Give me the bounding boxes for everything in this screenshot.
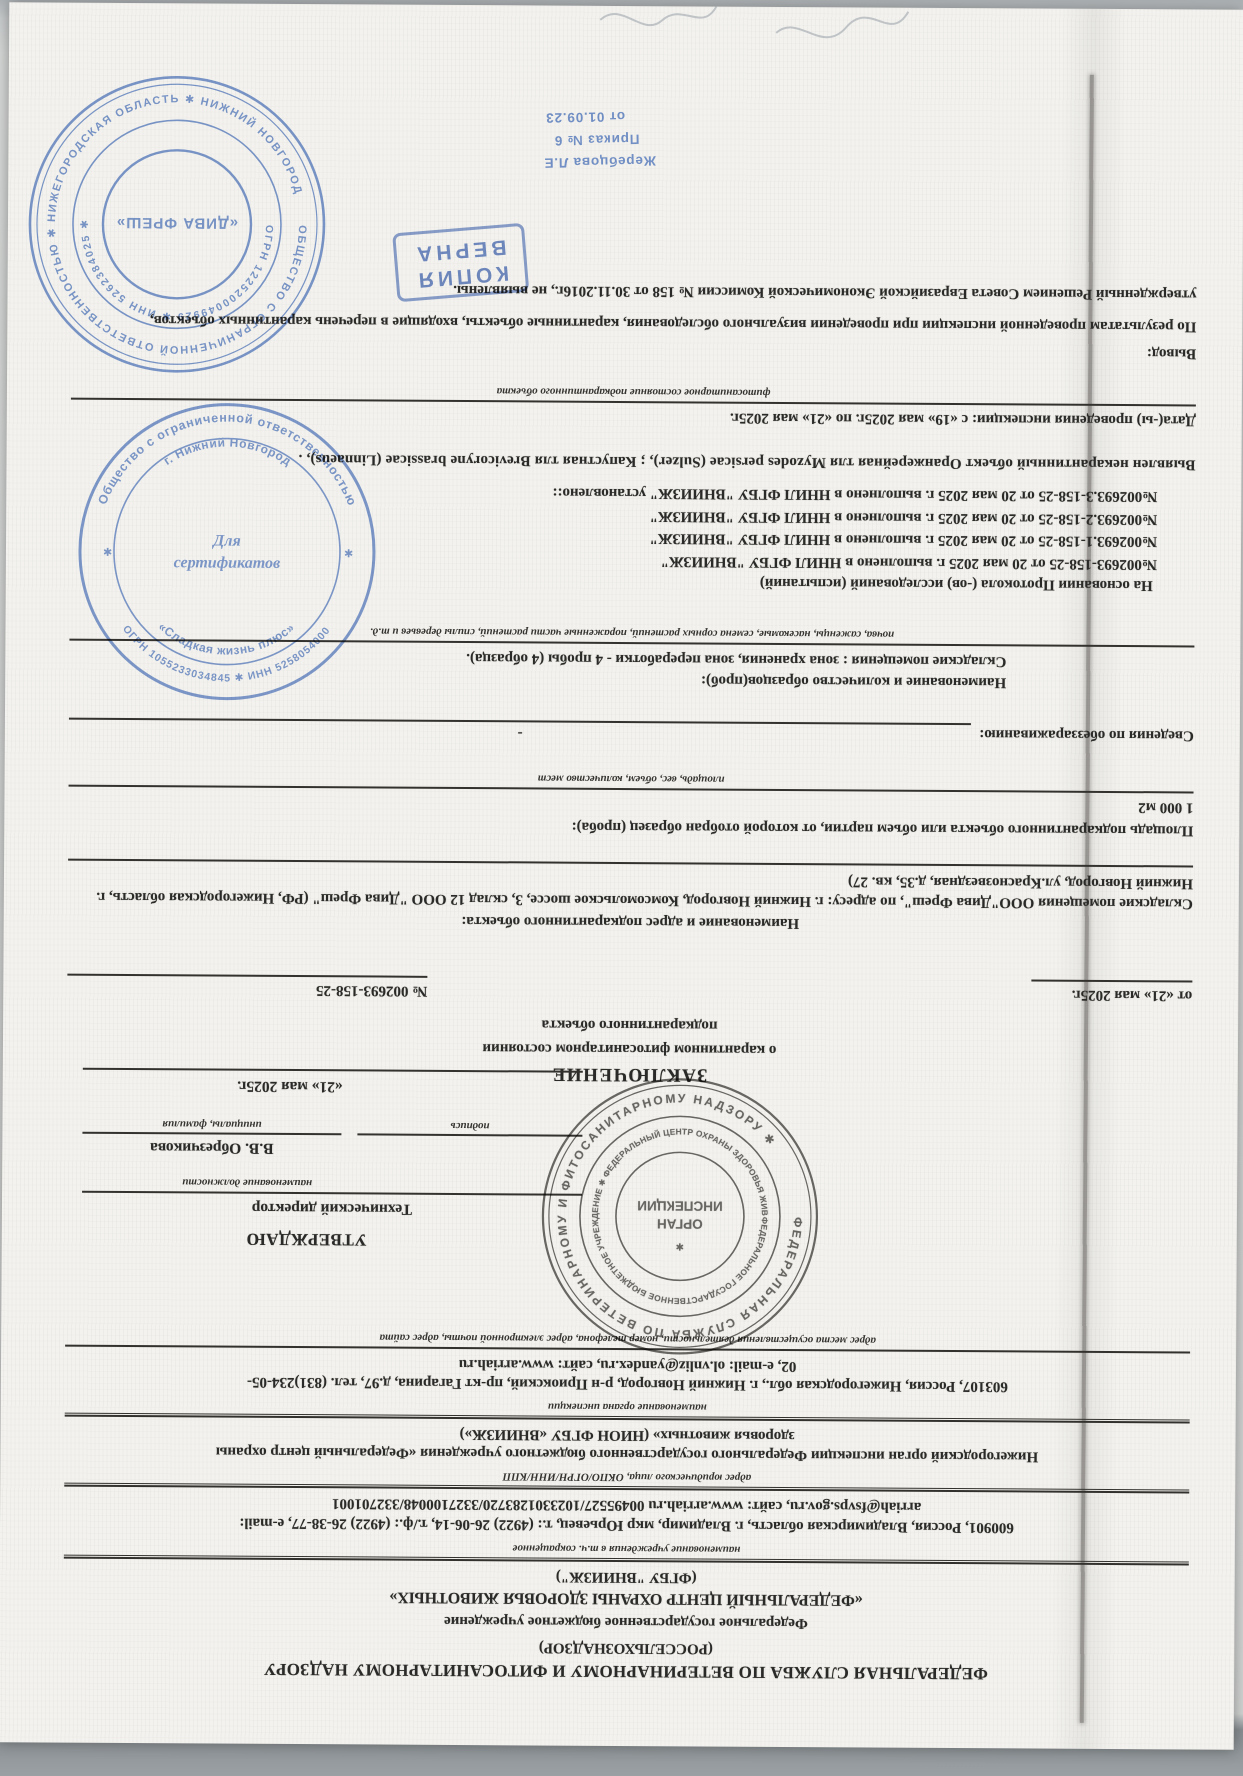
document-paper: ФЕДЕРАЛЬНАЯ СЛУЖБА ПО ВЕТЕРИНАРНОМУ И ФИ… — [0, 2, 1243, 1750]
document-date: от «21» мая 2025г. — [1032, 979, 1193, 1004]
signature-row: В.В. Обрезчикова — [82, 1132, 582, 1160]
stamp-star-icon: ✱ — [676, 1240, 684, 1251]
caption-name: инициалы, фамилия — [82, 1116, 341, 1132]
agency-short-name: (РОССЕЛЬХОЗНАДЗОР) — [63, 1633, 1188, 1660]
svg-text:ФЕДЕРАЛЬНОЕ ГОСУДАРСТВЕННОЕ БЮ: ФЕДЕРАЛЬНОЕ ГОСУДАРСТВЕННОЕ БЮДЖЕТНОЕ УЧ… — [589, 1126, 822, 1358]
object-label: Наименование и адрес подкарантинного объ… — [68, 908, 1193, 935]
inspection-round-stamp: ФЕДЕРАЛЬНАЯ СЛУЖБА ПО ВЕТЕРИНАРНОМУ И ФИ… — [538, 1075, 822, 1359]
scribble-mark — [600, 6, 716, 26]
stamp-center-line2: ИНСПЕКЦИИ — [637, 1198, 723, 1214]
certifier-name: Жеребцова Л.Е — [436, 149, 656, 176]
legal-address: 600901, Россия, Владимирская область, г.… — [176, 1491, 1076, 1536]
stamp-center-line1: Для — [211, 532, 240, 549]
pencil-scribble — [574, 0, 914, 56]
area-value: 1 000 м2 — [68, 784, 1193, 816]
certifier-order: Приказ № 6 — [435, 127, 655, 154]
area-label: Площадь подкарантинного объекта или объе… — [68, 813, 1193, 840]
certifier-stamp: Жеребцова Л.Е Приказ № 6 от 01.09.23 — [435, 105, 656, 176]
institution-type: Федеральное государственное бюджетное уч… — [63, 1608, 1188, 1635]
approver-position: Технический директор — [82, 1191, 582, 1220]
scribble-mark — [776, 11, 908, 38]
stamp-center-line1: ОРГАН — [657, 1216, 703, 1231]
stamp-center-text: «ДИВА ФРЕШ» — [116, 214, 238, 232]
approver-name: В.В. Обрезчикова — [82, 1132, 341, 1158]
approve-word: УТВЕРЖДАЮ — [82, 1226, 582, 1251]
stamp-mid-text: ОГРН 1225200049929 ✱ ИНН 5262384025 ✱ — [78, 218, 275, 323]
disinfection-label: Сведения по обеззараживанию: — [979, 724, 1194, 745]
svg-text:г. Нижний Новгород: г. Нижний Новгород — [161, 435, 294, 469]
document-number: № 002693-158-25 — [67, 973, 427, 999]
stamp-star-icon: ✱ — [344, 548, 353, 560]
stamp-inner-text: ФЕДЕРАЛЬНОЕ ГОСУДАРСТВЕННОЕ БЮДЖЕТНОЕ УЧ… — [589, 1126, 822, 1358]
document-subtitle-1: о карантинном фитосанитарном состоянии — [67, 1035, 1192, 1062]
svg-text:Общество с ограниченной ответс: Общество с ограниченной ответственностью — [95, 410, 360, 508]
date-number-row: от «21» мая 2025г. № 002693-158-25 — [67, 973, 1192, 1004]
approval-block: УТВЕРЖДАЮ Технический директор наименова… — [82, 1068, 583, 1252]
scanned-page: ФЕДЕРАЛЬНАЯ СЛУЖБА ПО ВЕТЕРИНАРНОМУ И ФИ… — [0, 0, 1243, 1776]
document-subtitle-2: подкарантинного объекта — [67, 1011, 1192, 1038]
svg-text:ОГРН 1225200049929 ✱ ИНН 526: ОГРН 1225200049929 ✱ ИНН 5262384025 ✱ — [78, 218, 275, 323]
copy-verna-stamp: КОПИЯ ВЕРНА — [392, 223, 529, 302]
stamp-top-text: Общество с ограниченной ответственностью — [95, 410, 360, 508]
certificates-round-stamp: Общество с ограниченной ответственностью… — [75, 400, 379, 704]
object-value: Складские помещения ООО"Дива Фреш", по а… — [68, 859, 1193, 912]
stamp-ring — [113, 438, 340, 665]
caption-position: наименование должности — [82, 1174, 582, 1192]
diva-fresh-round-stamp: ОБЩЕСТВО С ОГРАНИЧЕННОЙ ОТВЕТСТВЕННОСТЬЮ… — [25, 72, 329, 376]
inspection-org-name: Нижегородский орган инспекции Федерально… — [212, 1421, 1042, 1466]
stamp-center-line2: сертификатов — [174, 554, 281, 572]
inspection-org-address: 603107, Россия, Нижегородская обл., г. Н… — [242, 1351, 1012, 1395]
disinfection-value: - — [69, 718, 972, 745]
stamp-city-text: г. Нижний Новгород — [161, 435, 294, 469]
disinfection-row: Сведения по обеззараживанию: - — [69, 718, 1194, 747]
approval-date: «21» мая 2025г. — [83, 1068, 583, 1098]
stamp-star-icon: ✱ — [103, 547, 112, 559]
agency-title: ФЕДЕРАЛЬНАЯ СЛУЖБА ПО ВЕТЕРИНАРНОМУ И ФИ… — [63, 1656, 1188, 1685]
